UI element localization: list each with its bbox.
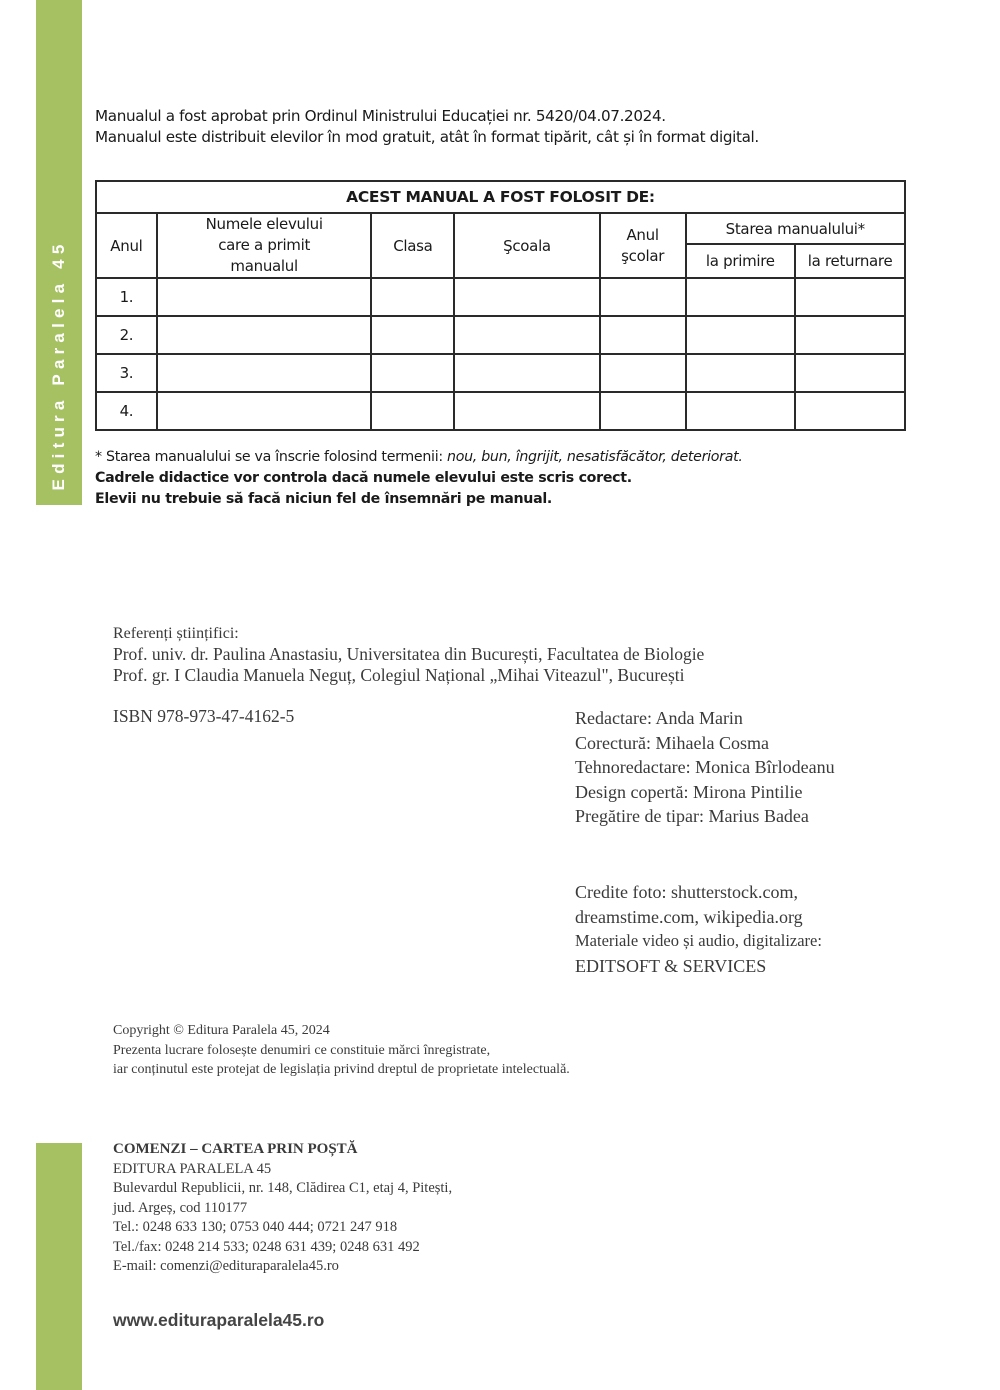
publisher-name: EDITURA PARALELA 45	[113, 1160, 452, 1180]
referee: Prof. gr. I Claudia Manuela Neguț, Coleg…	[113, 665, 704, 686]
email-line[interactable]: E-mail: comenzi@edituraparalela45.ro	[113, 1257, 452, 1277]
header-anul-scolar: Anul şcolar	[600, 213, 686, 278]
approval-line: Manualul a fost aprobat prin Ordinul Min…	[95, 106, 759, 127]
sidebar-green-bar-bottom	[36, 1143, 82, 1390]
credit-item: Design copertă: Mirona Pintilie	[575, 780, 835, 805]
table-row: 3.	[96, 354, 905, 392]
manual-usage-table: ACEST MANUAL A FOST FOLOSIT DE: Anul Num…	[95, 180, 906, 431]
publisher-vertical-label: Editura Paralela 45	[36, 245, 82, 485]
referees-label: Referenți științifici:	[113, 623, 704, 644]
students-note: Elevii nu trebuie să facă niciun fel de …	[95, 489, 743, 510]
website-link[interactable]: www.edituraparalela45.ro	[113, 1310, 324, 1331]
address-line: jud. Argeș, cod 110177	[113, 1199, 452, 1219]
credit-item: Pregătire de tipar: Marius Badea	[575, 804, 835, 829]
condition-legend: * Starea manualului se va înscrie folosi…	[95, 447, 743, 468]
table-row: 1.	[96, 278, 905, 316]
header-clasa: Clasa	[371, 213, 454, 278]
teachers-note: Cadrele didactice vor controla dacă nume…	[95, 468, 743, 489]
referee: Prof. univ. dr. Paulina Anastasiu, Unive…	[113, 644, 704, 665]
isbn: ISBN 978-973-47-4162-5	[113, 706, 294, 727]
scientific-referees: Referenți științifici: Prof. univ. dr. P…	[113, 623, 704, 686]
table-row: 2.	[96, 316, 905, 354]
header-starea: Starea manualului*	[686, 213, 906, 244]
header-anul: Anul	[96, 213, 157, 278]
table-notes: * Starea manualului se va înscrie folosi…	[95, 447, 743, 510]
header-la-primire: la primire	[686, 244, 796, 278]
phone-line: Tel.: 0248 633 130; 0753 040 444; 0721 2…	[113, 1218, 452, 1238]
editorial-credits: Redactare: Anda Marin Corectură: Mihaela…	[575, 706, 835, 829]
address-line: Bulevardul Republicii, nr. 148, Clădirea…	[113, 1179, 452, 1199]
credit-item: Tehnoredactare: Monica Bîrlodeanu	[575, 755, 835, 780]
approval-statement: Manualul a fost aprobat prin Ordinul Min…	[95, 106, 759, 148]
credit-item: Redactare: Anda Marin	[575, 706, 835, 731]
fax-line: Tel./fax: 0248 214 533; 0248 631 439; 02…	[113, 1238, 452, 1258]
header-scoala: Şcoala	[454, 213, 599, 278]
distribution-line: Manualul este distribuit elevilor în mod…	[95, 127, 759, 148]
table-title: ACEST MANUAL A FOST FOLOSIT DE:	[96, 181, 905, 213]
orders-contact: COMENZI – CARTEA PRIN POȘTĂ EDITURA PARA…	[113, 1140, 452, 1277]
header-numele: Numele elevului care a primit manualul	[157, 213, 372, 278]
table-row: 4.	[96, 392, 905, 430]
credit-item: Corectură: Mihaela Cosma	[575, 731, 835, 756]
photo-credits: Credite foto: shutterstock.com, dreamsti…	[575, 880, 822, 978]
header-la-returnare: la returnare	[795, 244, 905, 278]
orders-heading: COMENZI – CARTEA PRIN POȘTĂ	[113, 1140, 452, 1160]
copyright-notice: Copyright © Editura Paralela 45, 2024 Pr…	[113, 1021, 570, 1080]
